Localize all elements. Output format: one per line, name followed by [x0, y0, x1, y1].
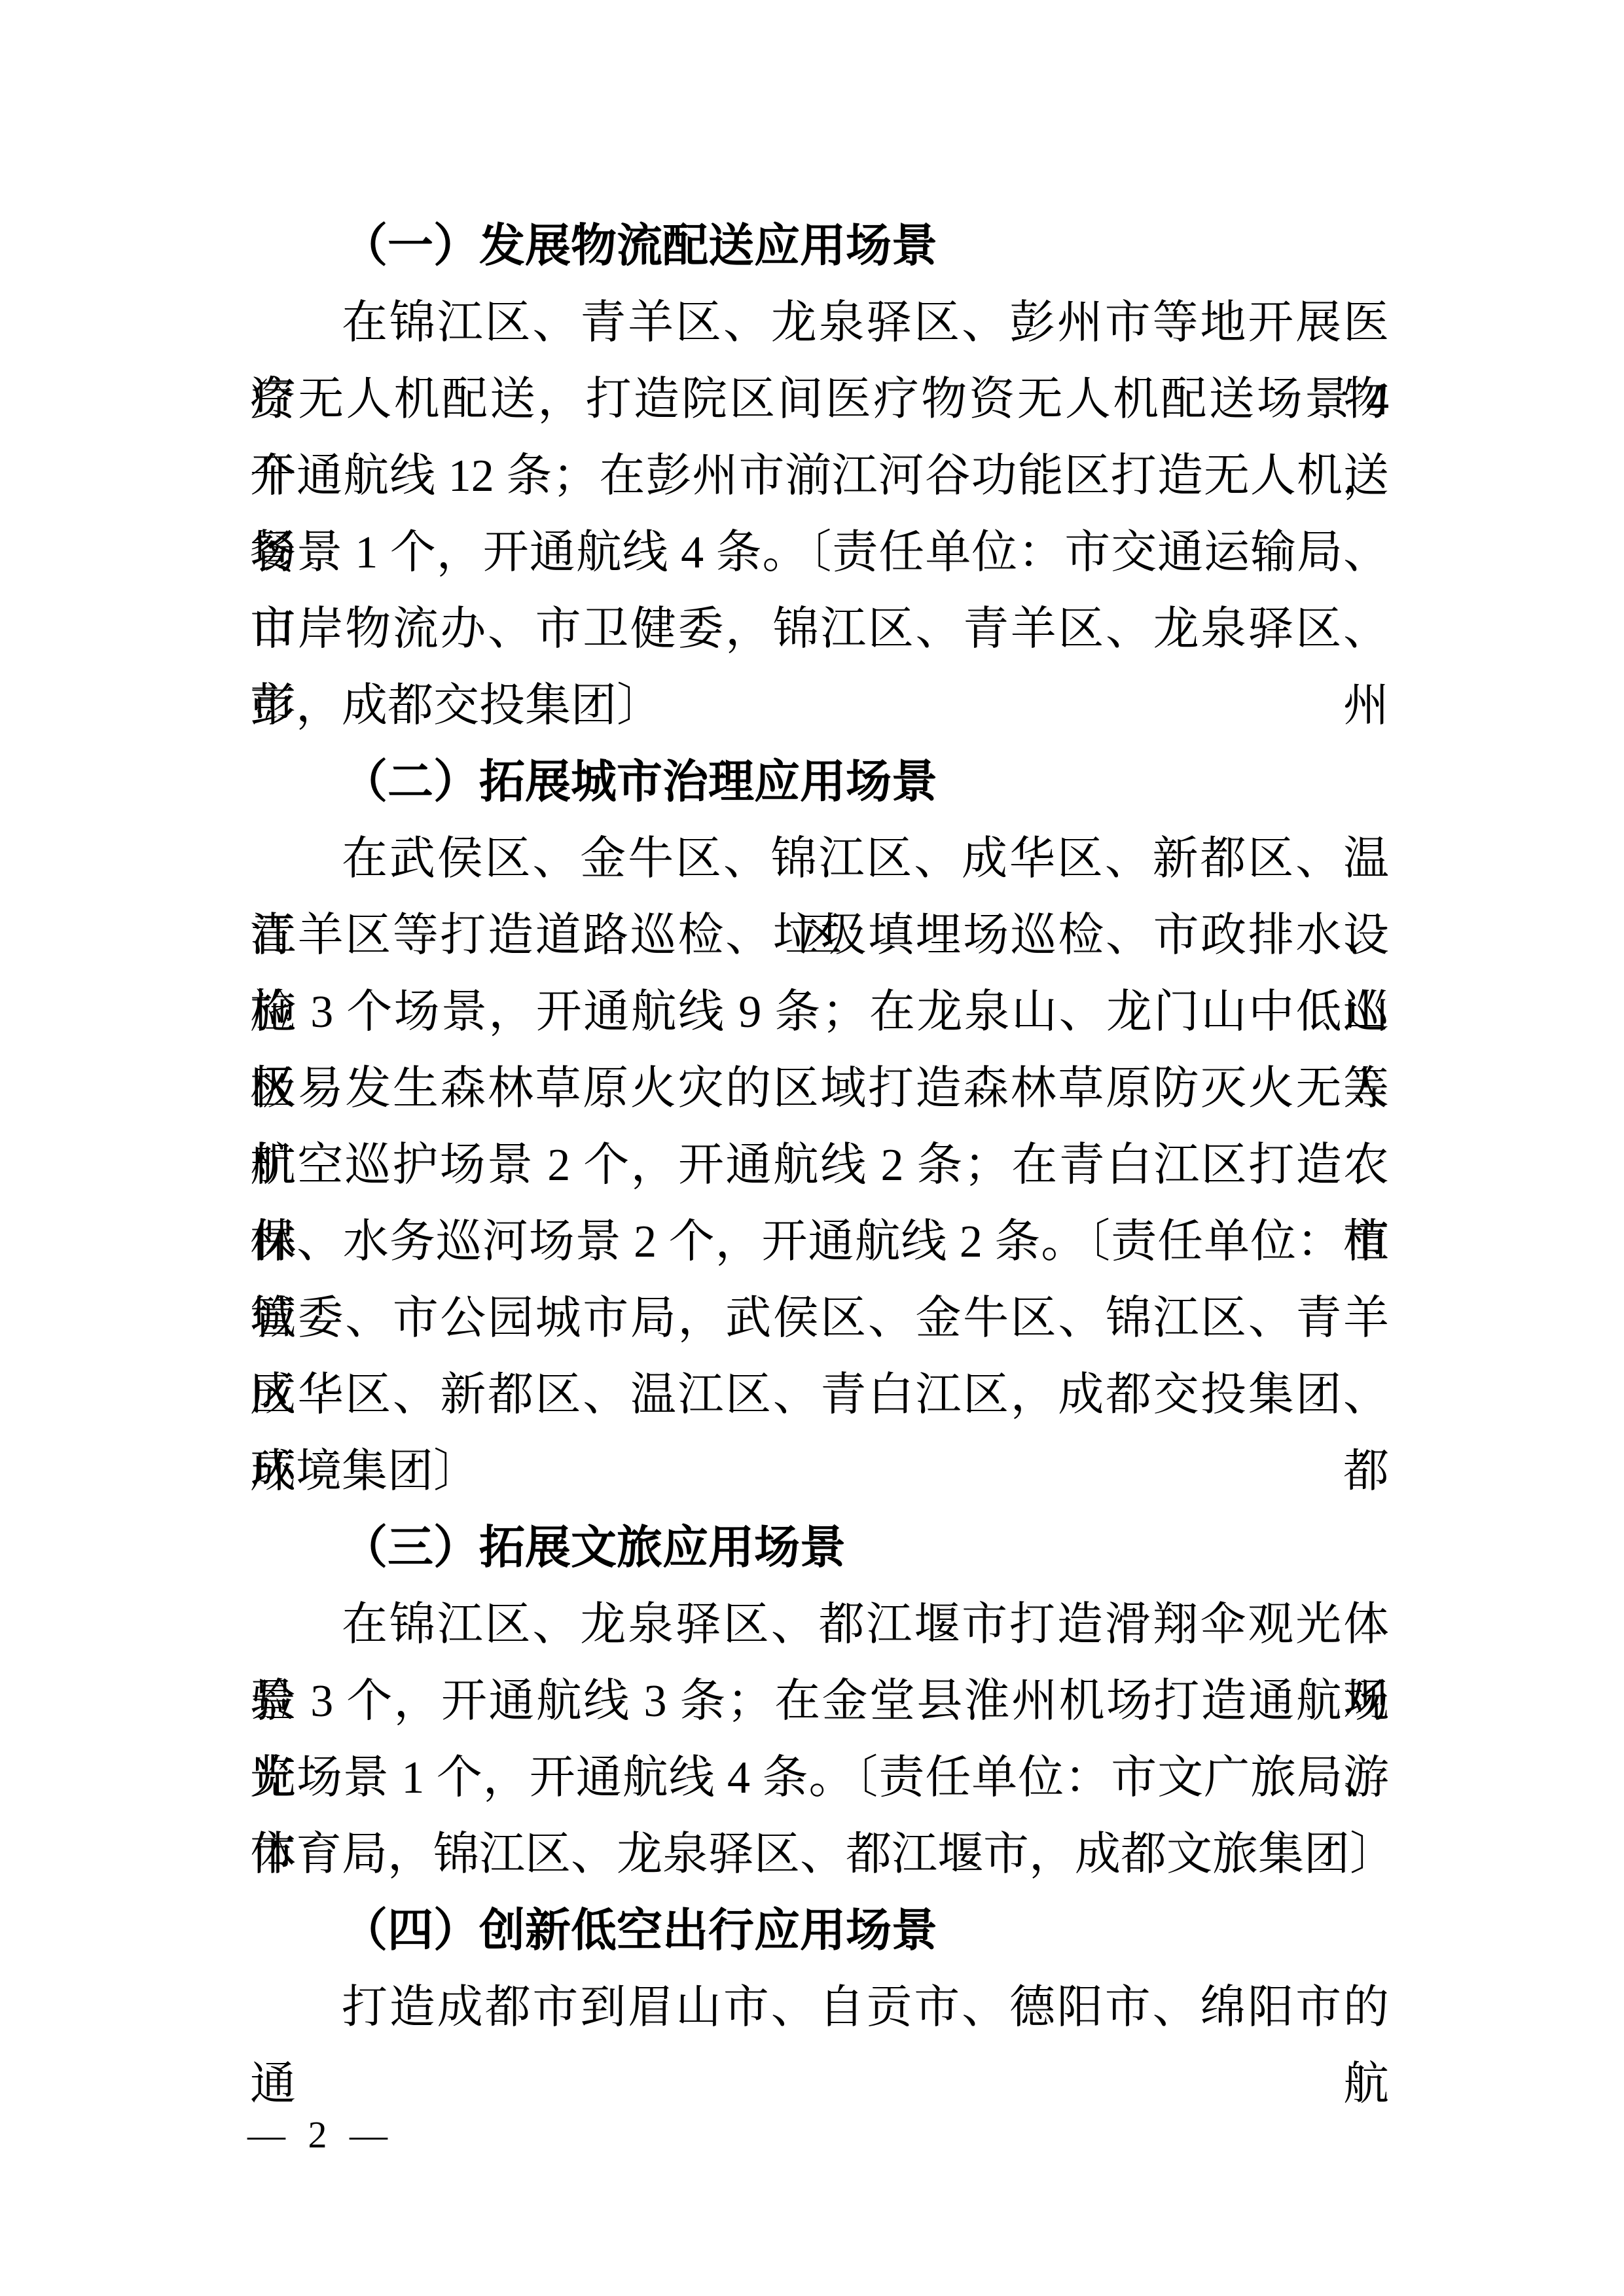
body-line: 保、水务巡河场景 2 个，开通航线 2 条。〔责任单位：市城: [250, 1204, 1389, 1280]
body-line: 打造成都市到眉山市、自贡市、德阳市、绵阳市的通航: [250, 1969, 1389, 2046]
body-line: 极易发生森林草原火灾的区域打造森林草原防灭火无人机: [250, 1050, 1389, 1127]
body-line: 在锦江区、龙泉驿区、都江堰市打造滑翔伞观光体验场: [250, 1587, 1389, 1663]
body-line: 在锦江区、青羊区、龙泉驿区、彭州市等地开展医疗物: [250, 285, 1389, 361]
body-line: 口岸物流办、市卫健委，锦江区、青羊区、龙泉驿区、彭州: [250, 591, 1389, 668]
body-line: 体育局，锦江区、龙泉驿区、都江堰市，成都文旅集团〕: [250, 1816, 1389, 1893]
body-line: 检 3 个场景，开通航线 9 条；在龙泉山、龙门山中低山区等: [250, 974, 1389, 1050]
body-line: 在武侯区、金牛区、锦江区、成华区、新都区、温江区、: [250, 821, 1389, 897]
body-line: 资无人机配送，打造院区间医疗物资无人机配送场景 4 个，: [250, 361, 1389, 438]
section-heading-3: （三）拓展文旅应用场景: [250, 1510, 1389, 1587]
body-line: 航空巡护场景 2 个，开通航线 2 条；在青白江区打造农林植: [250, 1127, 1389, 1204]
document-page: （一）发展物流配送应用场景 在锦江区、青羊区、龙泉驿区、彭州市等地开展医疗物 资…: [0, 0, 1624, 2296]
document-body: （一）发展物流配送应用场景 在锦江区、青羊区、龙泉驿区、彭州市等地开展医疗物 资…: [250, 208, 1389, 2046]
body-line: 览场景 1 个，开通航线 4 条。〔责任单位：市文广旅局、市: [250, 1740, 1389, 1816]
body-line: 管委、市公园城市局，武侯区、金牛区、锦江区、青羊区、: [250, 1280, 1389, 1357]
body-line: 成华区、新都区、温江区、青白江区，成都交投集团、成都: [250, 1357, 1389, 1433]
body-line: 青羊区等打造道路巡检、垃圾填埋场巡检、市政排水设施巡: [250, 897, 1389, 974]
body-line: 开通航线 12 条；在彭州市湔江河谷功能区打造无人机送餐: [250, 438, 1389, 514]
page-number: — 2 —: [247, 2109, 394, 2161]
section-heading-2: （二）拓展城市治理应用场景: [250, 744, 1389, 821]
body-line: 场景 1 个，开通航线 4 条。〔责任单位：市交通运输局、市: [250, 514, 1389, 591]
body-line: 景 3 个，开通航线 3 条；在金堂县淮州机场打造通航观光游: [250, 1663, 1389, 1740]
section-heading-1: （一）发展物流配送应用场景: [250, 208, 1389, 285]
section-heading-4: （四）创新低空出行应用场景: [250, 1893, 1389, 1969]
